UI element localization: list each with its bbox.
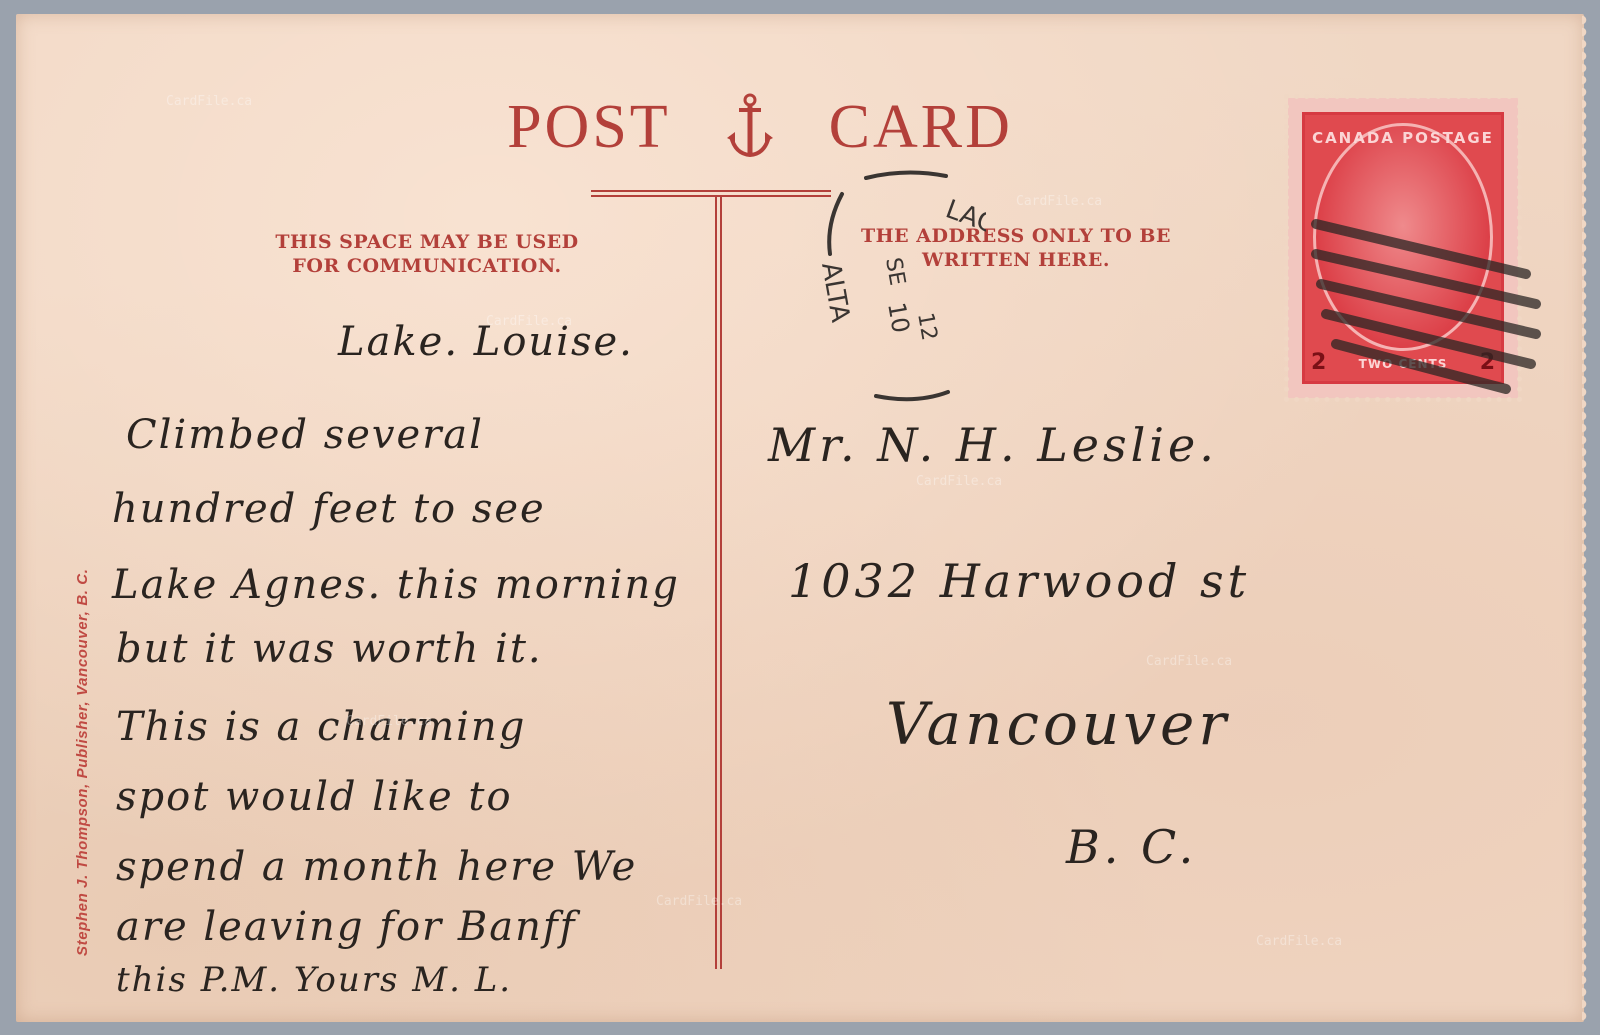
message-line: spot would like to	[116, 774, 513, 820]
address-instruction: THE ADDRESS ONLY TO BE WRITTEN HERE.	[806, 224, 1226, 272]
anchor-icon	[725, 92, 775, 162]
message-line: but it was worth it.	[116, 626, 543, 672]
watermark: CardFile.ca	[1146, 654, 1232, 669]
address-street: 1032 Harwood st	[788, 554, 1250, 608]
message-heading: Lake. Louise.	[338, 319, 634, 365]
address-city: Vancouver	[886, 690, 1230, 758]
message-line: spend a month here We	[116, 844, 637, 890]
publisher-imprint: Stephen J. Thompson, Publisher, Vancouve…	[74, 569, 91, 956]
instruction-line: WRITTEN HERE.	[806, 248, 1226, 272]
watermark: CardFile.ca	[916, 474, 1002, 489]
watermark: CardFile.ca	[1016, 194, 1102, 209]
title-post: POST	[507, 92, 671, 163]
message-line: Lake Agnes. this morning	[112, 562, 680, 608]
message-line: are leaving for Banff	[116, 904, 576, 950]
message-signoff: this P.M. Yours M. L.	[116, 960, 512, 1000]
postage-stamp: CANADA POSTAGE TWO CENTS 2 2	[1288, 98, 1518, 398]
stamp-value-text: TWO CENTS	[1339, 357, 1467, 371]
message-line: This is a charming	[116, 704, 526, 750]
message-line: Climbed several	[126, 412, 484, 458]
divider-horizontal	[591, 190, 831, 197]
postmark: LAGGAN ALTA SE 10 12	[796, 164, 986, 414]
instruction-line: THE ADDRESS ONLY TO BE	[806, 224, 1226, 248]
instruction-line: THIS SPACE MAY BE USED	[212, 230, 642, 254]
watermark: CardFile.ca	[656, 894, 742, 909]
stamp-country-text: CANADA POSTAGE	[1305, 129, 1501, 147]
address-province: B. C.	[1066, 820, 1197, 874]
stamp-face: CANADA POSTAGE TWO CENTS 2 2	[1302, 112, 1504, 384]
postcard-back: POST CARD THIS SPACE MAY BE USED FOR COM…	[16, 14, 1584, 1022]
address-recipient: Mr. N. H. Leslie.	[768, 418, 1218, 472]
message-line: hundred feet to see	[112, 486, 546, 532]
stamp-denomination-right: 2	[1480, 350, 1495, 375]
postmark-date-year: 12	[912, 311, 941, 343]
postmark-date-day: 10	[882, 300, 915, 335]
title-card: CARD	[829, 92, 1013, 163]
watermark: CardFile.ca	[1256, 934, 1342, 949]
instruction-line: FOR COMMUNICATION.	[212, 254, 642, 278]
communication-instruction: THIS SPACE MAY BE USED FOR COMMUNICATION…	[212, 230, 642, 278]
divider-vertical	[715, 197, 722, 969]
stamp-denomination-left: 2	[1311, 350, 1326, 375]
stamp-portrait	[1313, 123, 1493, 351]
